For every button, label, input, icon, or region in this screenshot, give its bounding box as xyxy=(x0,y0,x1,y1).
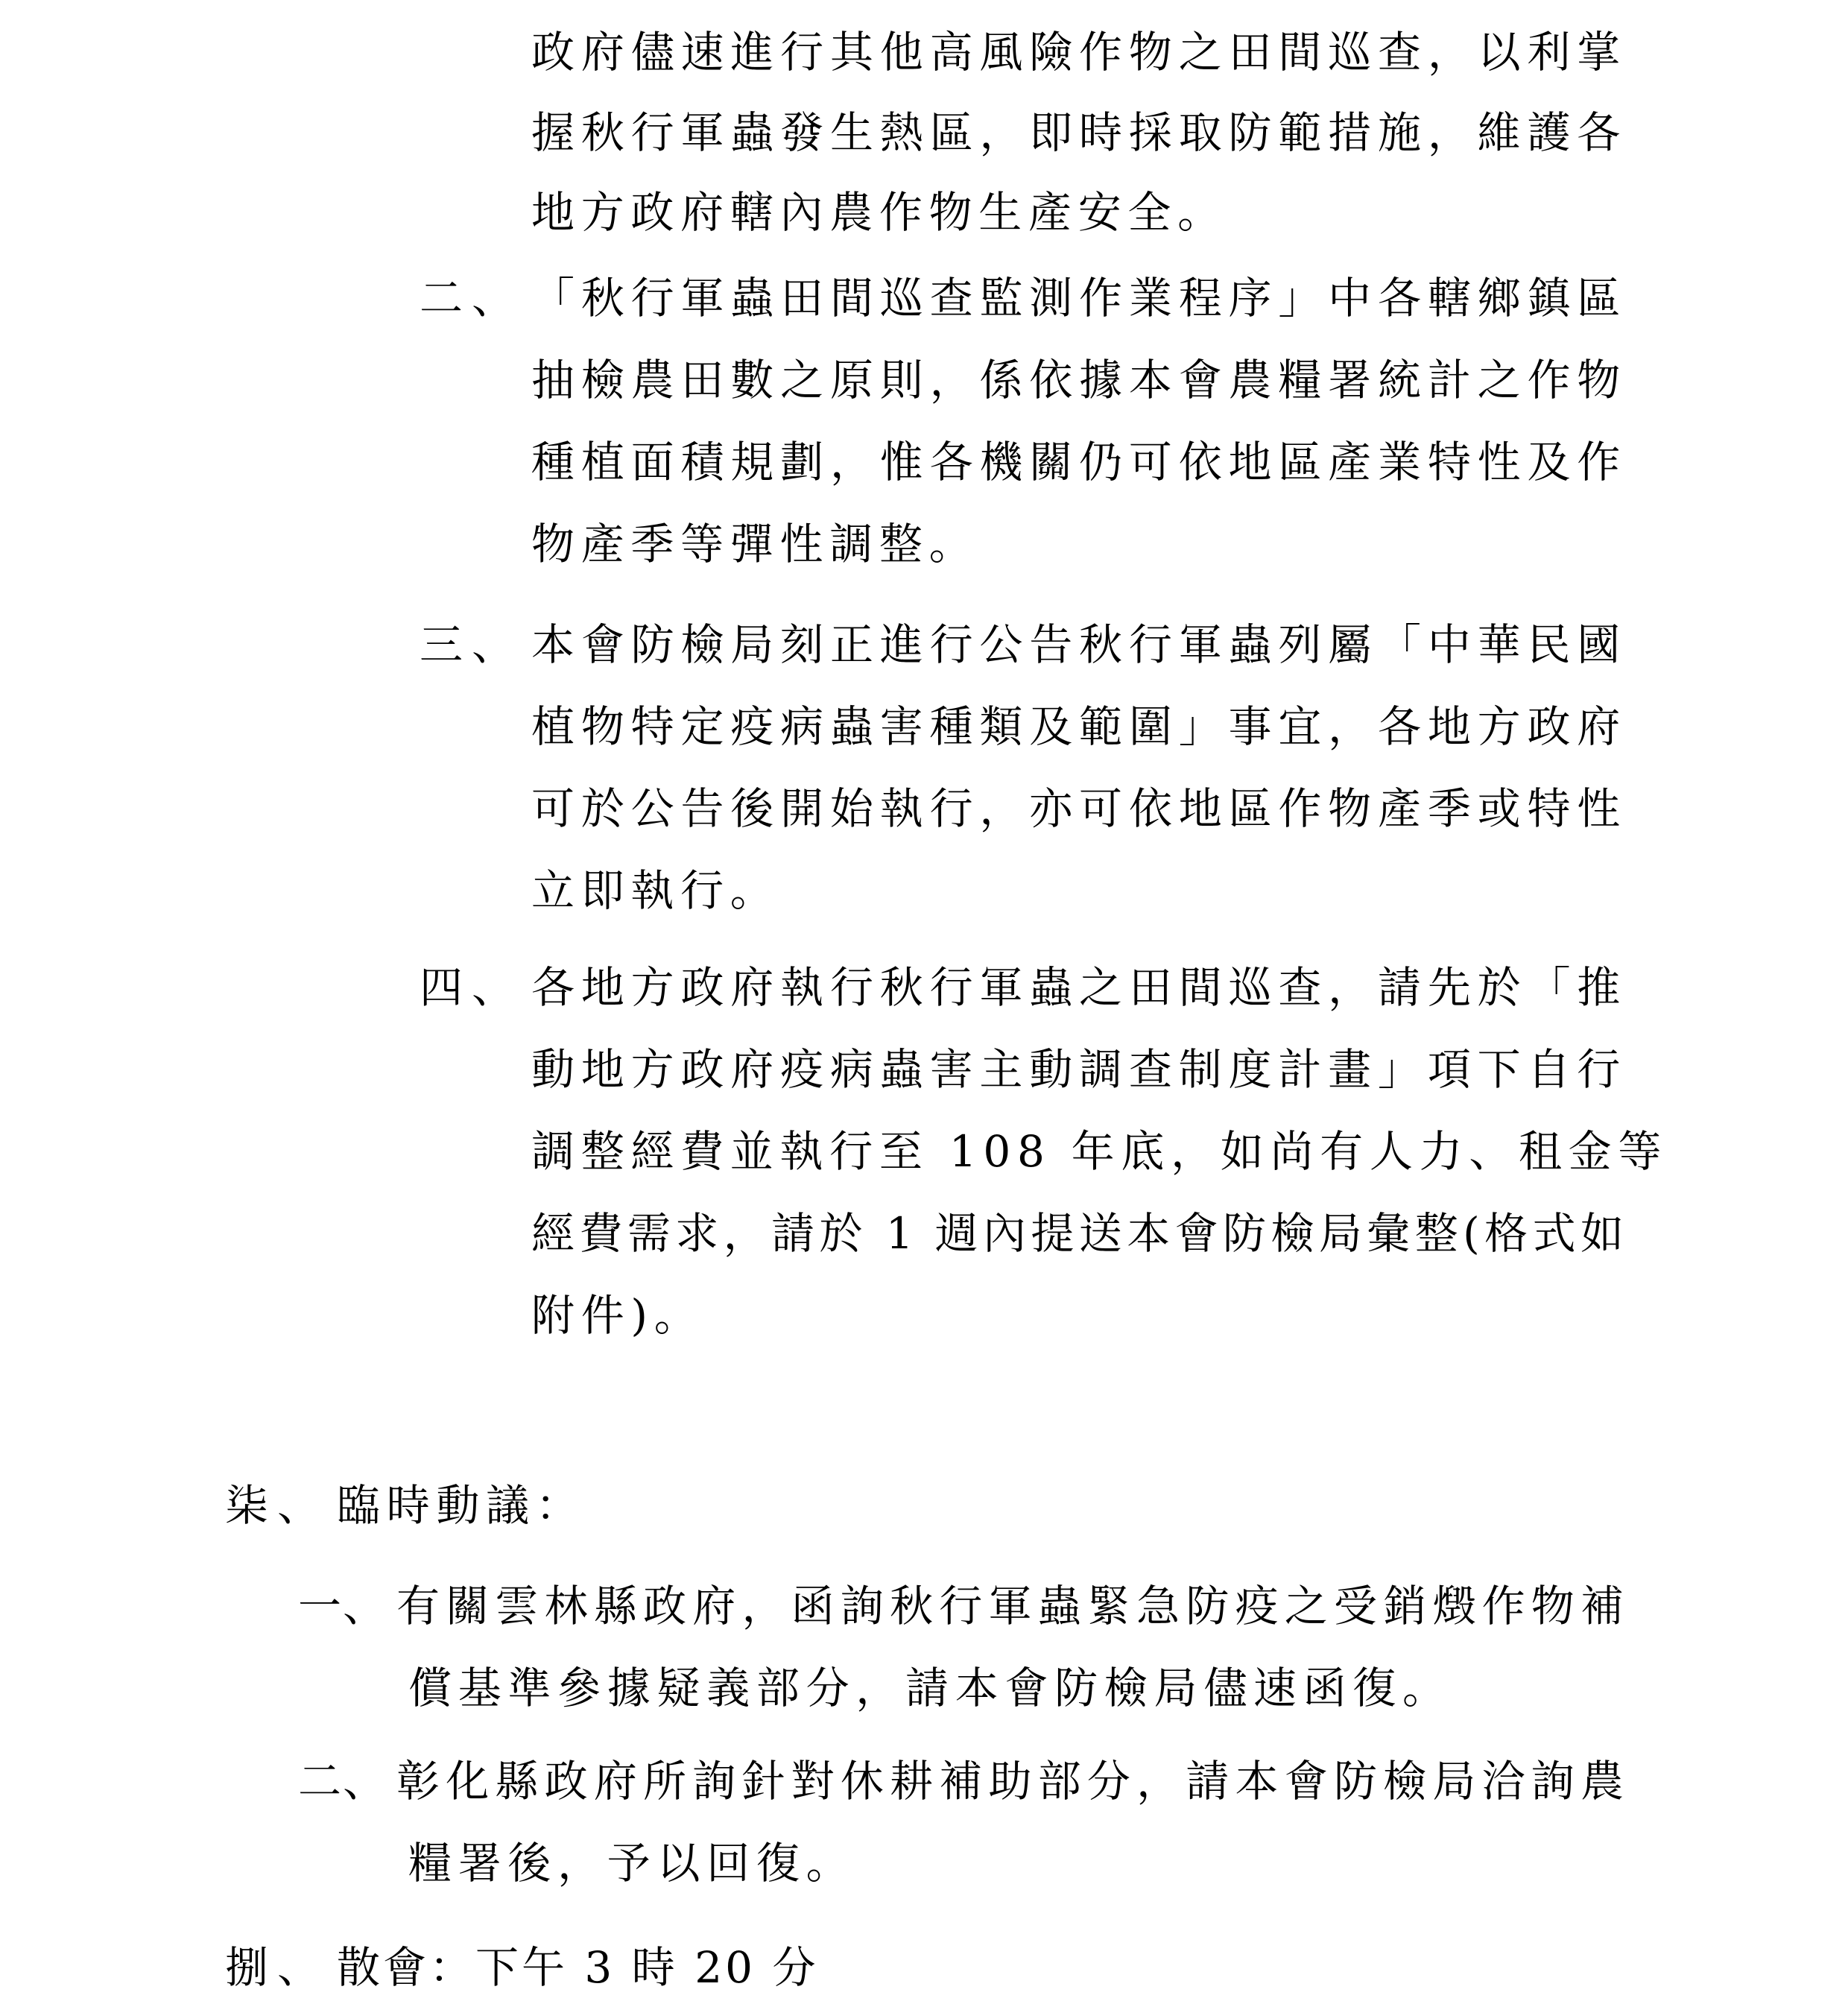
paragraph-line: 償基準參據疑義部分，請本會防檢局儘速函復。 xyxy=(408,1658,1452,1718)
section-title: 臨時動議： xyxy=(337,1476,586,1535)
section-title: 散會：下午 3 時 20 分 xyxy=(337,1938,818,1997)
paragraph-line: 立即執行。 xyxy=(531,861,780,920)
item-marker: 二、 xyxy=(298,1751,387,1811)
paragraph-line: 物產季等彈性調整。 xyxy=(531,514,978,574)
paragraph-line: 抽檢農田數之原則，係依據本會農糧署統計之作物 xyxy=(531,350,1627,410)
section-marker: 捌、 xyxy=(225,1938,329,1997)
item-marker: 四、 xyxy=(420,958,524,1017)
paragraph-line: 有關雲林縣政府，函詢秋行軍蟲緊急防疫之受銷燬作物補 xyxy=(396,1576,1627,1636)
paragraph-line: 附件)。 xyxy=(531,1286,703,1345)
document-page: 政府儘速進行其他高風險作物之田間巡查，以利掌 握秋行軍蟲發生熱區，即時採取防範措… xyxy=(0,0,1848,2007)
paragraph-line: 調整經費並執行至 108 年底，如尚有人力、租金等 xyxy=(531,1122,1627,1181)
section-marker: 柒、 xyxy=(225,1476,329,1535)
paragraph-line: 政府儘速進行其他高風險作物之田間巡查，以利掌 xyxy=(531,22,1627,82)
item-marker: 一、 xyxy=(298,1576,387,1636)
item-marker: 二、 xyxy=(420,268,524,328)
paragraph-line: 動地方政府疫病蟲害主動調查制度計畫」項下自行 xyxy=(531,1040,1627,1099)
paragraph-line: 各地方政府執行秋行軍蟲之田間巡查，請先於「推 xyxy=(531,958,1627,1017)
paragraph-line: 本會防檢局刻正進行公告秋行軍蟲列屬「中華民國 xyxy=(531,615,1627,674)
paragraph-line: 彰化縣政府所詢針對休耕補助部分，請本會防檢局洽詢農 xyxy=(396,1751,1627,1811)
paragraph-line: 種植面積規劃，惟各機關仍可依地區產業特性及作 xyxy=(531,432,1627,492)
paragraph-line: 握秋行軍蟲發生熱區，即時採取防範措施，維護各 xyxy=(531,103,1627,162)
paragraph-line: 植物特定疫病蟲害種類及範圍」事宜，各地方政府 xyxy=(531,697,1627,756)
paragraph-line: 地方政府轄內農作物生產安全。 xyxy=(531,183,1227,242)
item-marker: 三、 xyxy=(420,615,524,674)
paragraph-line: 糧署後，予以回復。 xyxy=(408,1833,855,1893)
paragraph-line: 經費需求，請於 1 週內提送本會防檢局彙整(格式如 xyxy=(531,1204,1627,1263)
paragraph-line: 「秋行軍蟲田間巡查監測作業程序」中各轄鄉鎮區 xyxy=(531,268,1627,328)
paragraph-line: 可於公告後開始執行，亦可依地區作物產季或特性 xyxy=(531,779,1627,838)
